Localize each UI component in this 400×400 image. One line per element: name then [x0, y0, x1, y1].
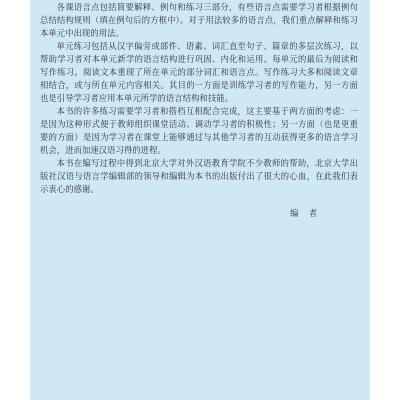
page-canvas: 各课语言点包括简要解释、例句和练习三部分，有些语言点需要学习者根据例句总结结构规…	[0, 0, 400, 400]
paragraph-acknowledgements: 本书在编写过程中得到北京大学对外汉语教育学院不少教师的帮助，北京大学出版社汉语与…	[40, 157, 358, 196]
paragraph-language-points: 各课语言点包括简要解释、例句和练习三部分，有些语言点需要学习者根据例句总结结构规…	[40, 1, 358, 40]
editor-signature: 编 者	[40, 207, 358, 220]
book-page: 各课语言点包括简要解释、例句和练习三部分，有些语言点需要学习者根据例句总结结构规…	[30, 0, 370, 400]
paragraph-unit-exercises: 单元练习包括从汉字偏旁或部件、语素、词汇直至句子、篇章的多层次练习，以帮助学习者…	[40, 40, 358, 105]
preface-body: 各课语言点包括简要解释、例句和练习三部分，有些语言点需要学习者根据例句总结结构规…	[40, 1, 358, 196]
paragraph-pair-work: 本书的许多练习需要学习者和搭档互相配合完成，这主要基于两方面的考虑：一是因为这种…	[40, 105, 358, 157]
